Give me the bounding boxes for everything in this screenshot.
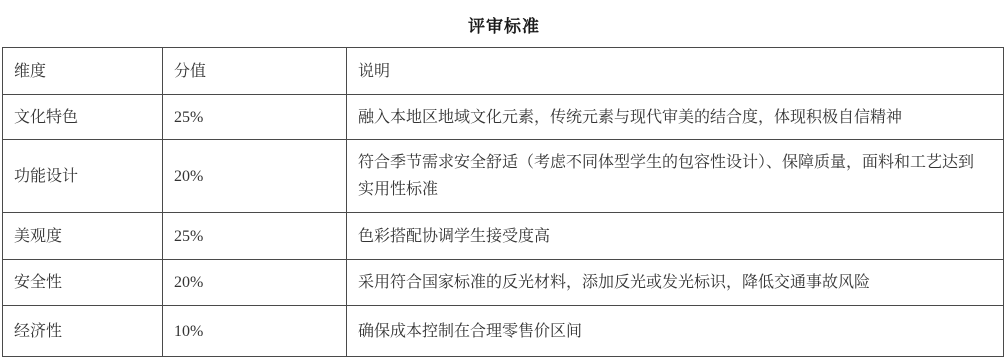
cell-score: 10% <box>163 306 347 357</box>
cell-dimension: 安全性 <box>3 260 163 306</box>
cell-dimension: 功能设计 <box>3 140 163 213</box>
document-page: 评审标准 维度 分值 说明 文化特色 25% 融入本地区地域文化元素，传统元素与… <box>0 0 1008 360</box>
cell-dimension: 经济性 <box>3 306 163 357</box>
header-description: 说明 <box>347 48 1004 95</box>
cell-score: 20% <box>163 260 347 306</box>
header-score: 分值 <box>163 48 347 95</box>
cell-dimension: 美观度 <box>3 213 163 260</box>
table-header-row: 维度 分值 说明 <box>3 48 1004 95</box>
cell-description: 确保成本控制在合理零售价区间 <box>347 306 1004 357</box>
cell-description: 采用符合国家标准的反光材料，添加反光或发光标识，降低交通事故风险 <box>347 260 1004 306</box>
cell-score: 20% <box>163 140 347 213</box>
table-row: 安全性 20% 采用符合国家标准的反光材料，添加反光或发光标识，降低交通事故风险 <box>3 260 1004 306</box>
cell-score: 25% <box>163 213 347 260</box>
table-row: 文化特色 25% 融入本地区地域文化元素，传统元素与现代审美的结合度，体现积极自… <box>3 95 1004 140</box>
cell-description: 融入本地区地域文化元素，传统元素与现代审美的结合度，体现积极自信精神 <box>347 95 1004 140</box>
table-row: 功能设计 20% 符合季节需求安全舒适（考虑不同体型学生的包容性设计）、保障质量… <box>3 140 1004 213</box>
review-criteria-table: 维度 分值 说明 文化特色 25% 融入本地区地域文化元素，传统元素与现代审美的… <box>2 47 1004 357</box>
cell-dimension: 文化特色 <box>3 95 163 140</box>
cell-score: 25% <box>163 95 347 140</box>
table-row: 经济性 10% 确保成本控制在合理零售价区间 <box>3 306 1004 357</box>
header-dimension: 维度 <box>3 48 163 95</box>
cell-description: 色彩搭配协调学生接受度高 <box>347 213 1004 260</box>
page-title: 评审标准 <box>0 12 1008 37</box>
cell-description: 符合季节需求安全舒适（考虑不同体型学生的包容性设计）、保障质量，面料和工艺达到实… <box>347 140 1004 213</box>
table-row: 美观度 25% 色彩搭配协调学生接受度高 <box>3 213 1004 260</box>
